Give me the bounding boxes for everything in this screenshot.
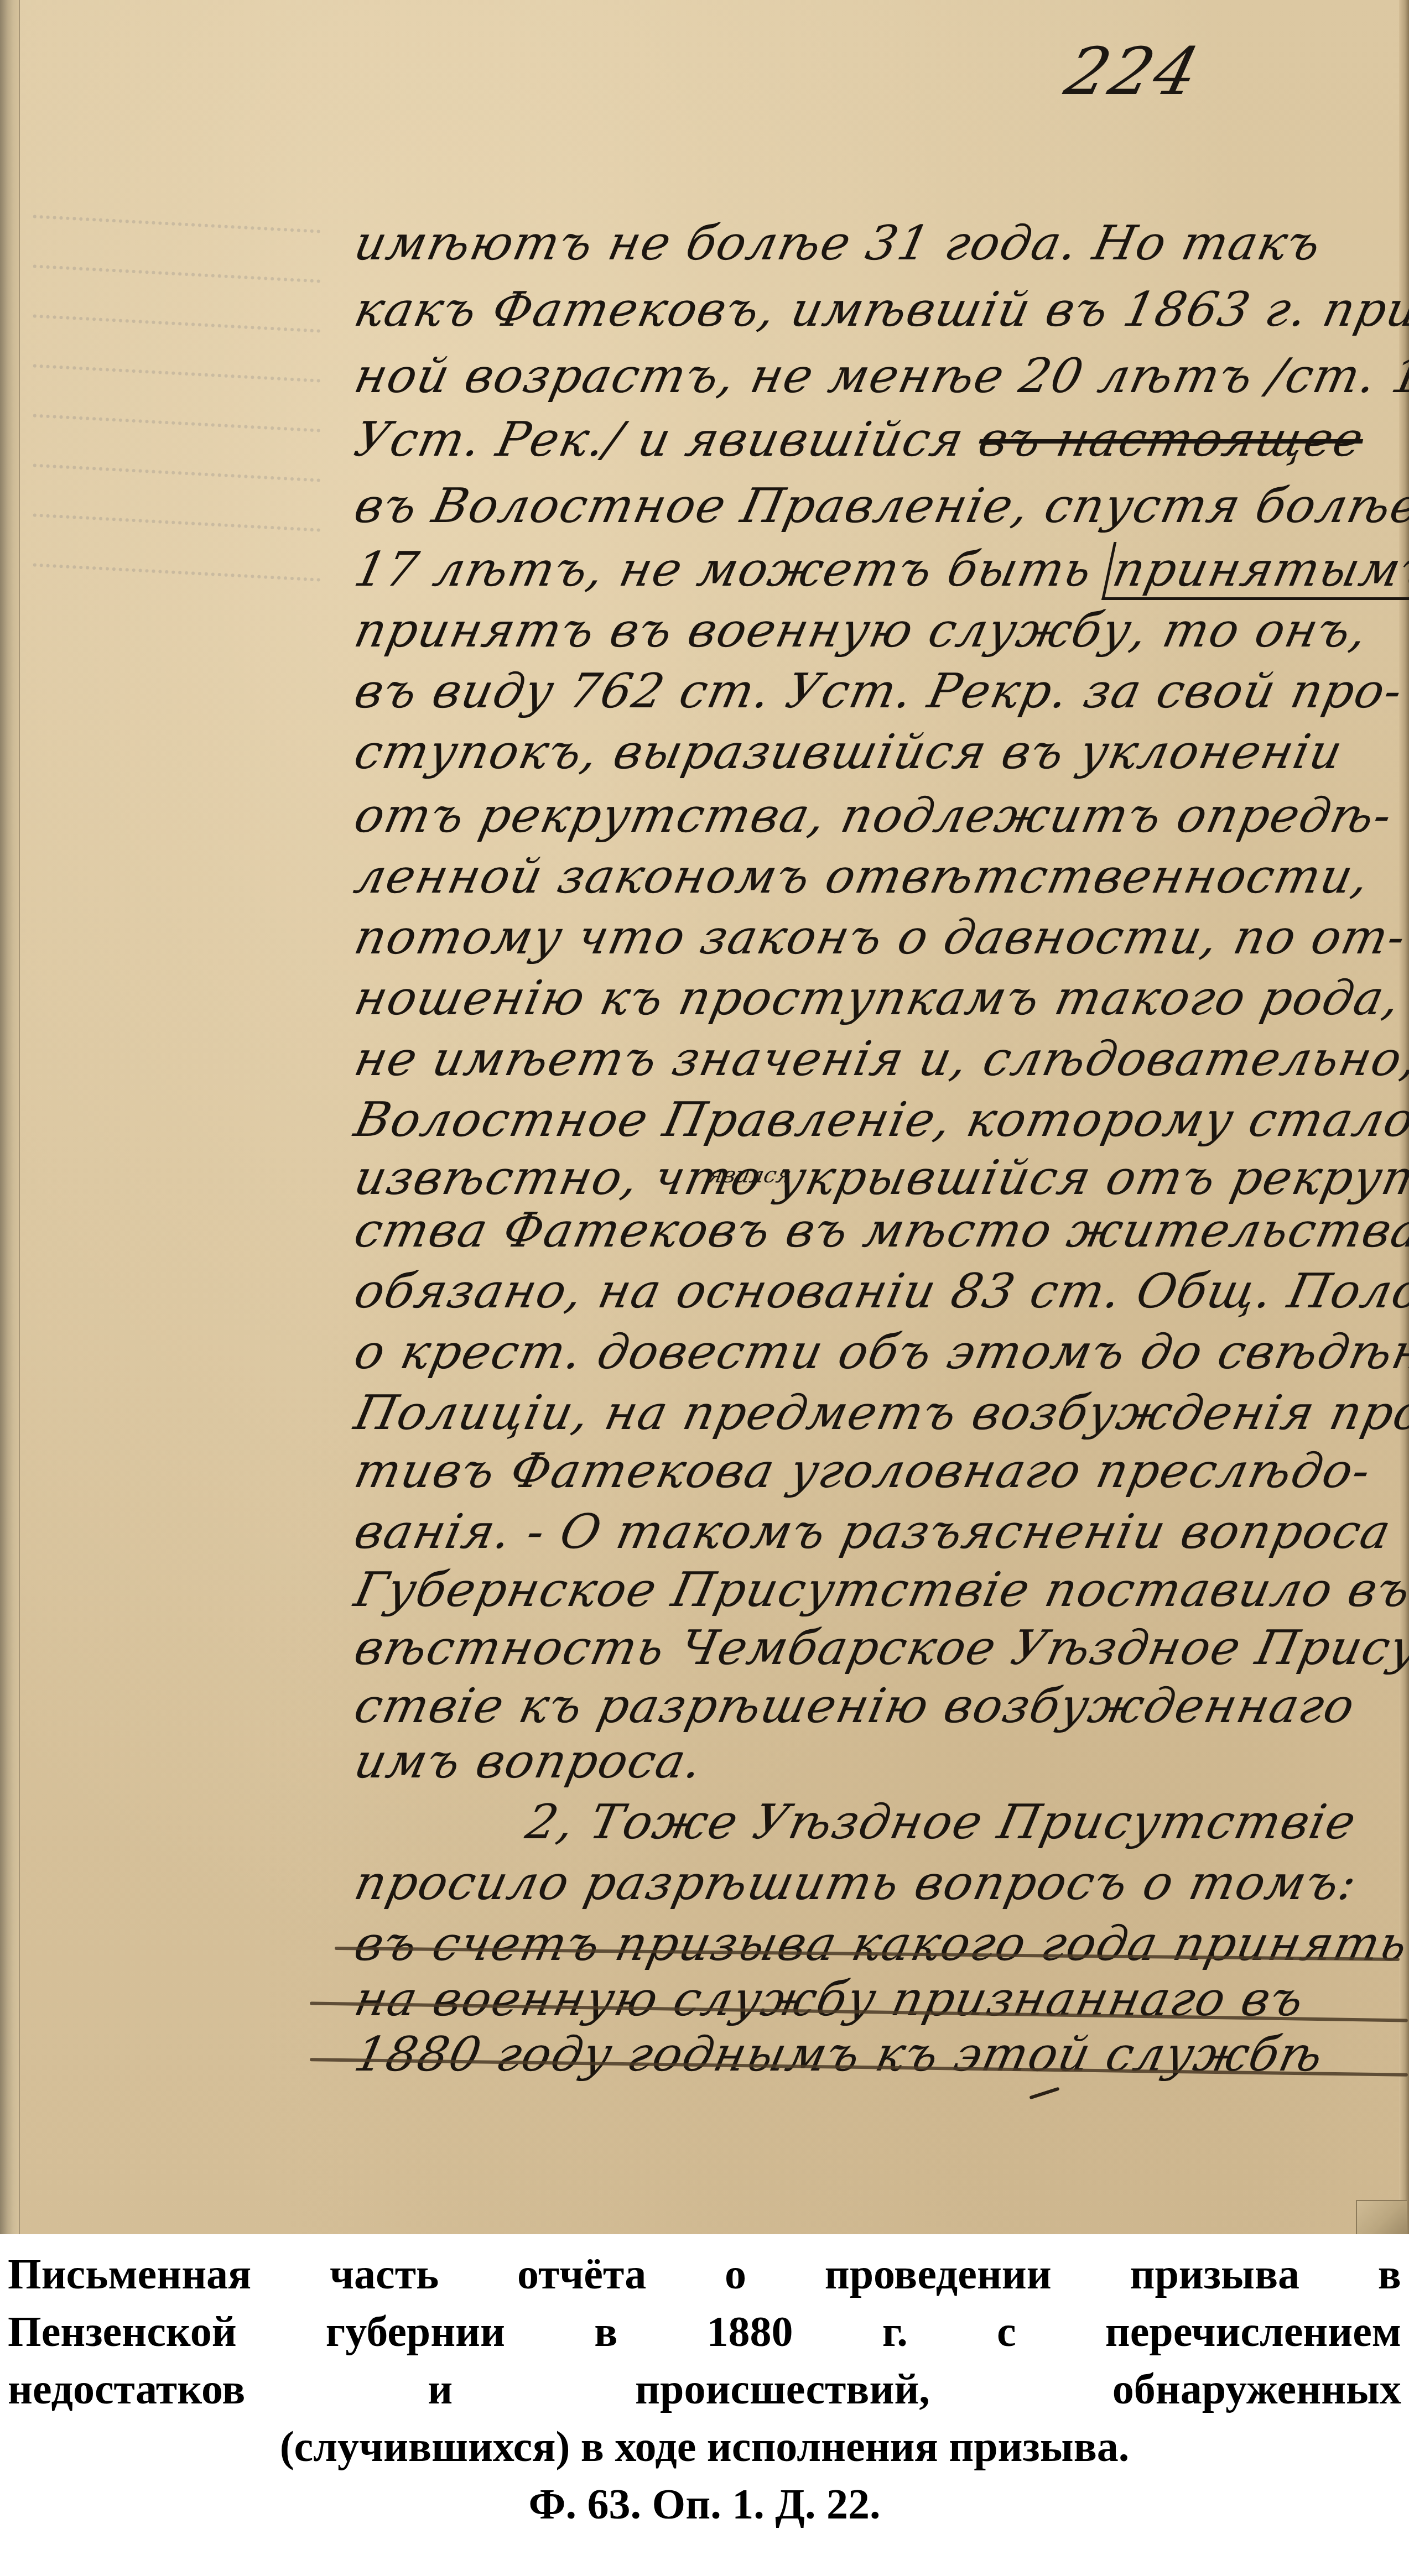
bleed-through-line — [33, 551, 321, 581]
archive-reference: Ф. 63. Оп. 1. Д. 22. — [8, 2475, 1401, 2533]
bleed-through-line — [33, 302, 321, 332]
handwritten-paragraph-start: 2, Тоже Уѣздное Присутствiе — [520, 1789, 1408, 1855]
handwritten-line: Губернское Присутствiе поставило въ из- — [349, 1557, 1408, 1623]
handwritten-text: 17 лѣтъ, не можетъ быть — [350, 542, 1098, 597]
caption-line: (случившихся) в ходе исполнения призыва. — [8, 2418, 1401, 2475]
caption-line: Письменная часть отчёта о проведении при… — [8, 2245, 1401, 2303]
manuscript-scan: 224 имѣютъ не болѣе 31 года. Но такъ как… — [0, 0, 1409, 2234]
handwritten-line: имѣютъ не болѣе 31 года. Но такъ — [349, 210, 1408, 277]
handwritten-line: обязано, на основанiи 83 ст. Общ. Полож. — [349, 1258, 1408, 1324]
handwritten-line: Полицiи, на предметъ возбужденiя про- — [349, 1380, 1408, 1446]
bleed-through-line — [33, 401, 321, 432]
handwritten-line: потому что законъ о давности, по от- — [349, 904, 1408, 971]
handwritten-line: ной возрастъ, не менѣе 20 лѣтъ /ст. 194 — [349, 343, 1408, 409]
handwritten-line: просило разрѣшить вопросъ о томъ: — [349, 1850, 1408, 1916]
handwritten-line: о крест. довести объ этомъ до свѣдѣнiя — [349, 1319, 1408, 1385]
handwritten-line: отъ рекрутства, подлежитъ опредѣ- — [349, 783, 1408, 849]
handwritten-line: ношенiю къ проступкамъ такого рода, — [349, 965, 1408, 1031]
folded-corner — [1356, 2200, 1407, 2234]
handwritten-line: ванiя. - О такомъ разъясненiи вопроса — [349, 1499, 1408, 1565]
handwritten-line: ства Фатековъ въ мѣсто жительства про- — [349, 1197, 1408, 1264]
left-binding-edge — [0, 0, 20, 2234]
interlinear-insertion: явился — [705, 1162, 794, 1188]
bleed-through-line — [33, 252, 321, 283]
caption-block: Письменная часть отчёта о проведении при… — [0, 2234, 1409, 2576]
handwritten-line: имъ вопроса. — [349, 1728, 1408, 1795]
handwritten-text: Уст. Рек./ и явившiйся — [350, 412, 969, 467]
struck-out-text: въ настоящее — [974, 412, 1369, 467]
handwritten-line-with-bracket: 17 лѣтъ, не можетъ быть принятымъ — [349, 536, 1408, 603]
caption-line: недостатков и происшествий, обнаруженных — [8, 2360, 1401, 2418]
handwritten-line: не имѣетъ значенiя и, слѣдовательно, — [349, 1026, 1408, 1092]
bleed-through-line — [33, 451, 321, 482]
bleed-through-line — [33, 202, 321, 233]
handwritten-line: въ Волостное Правленiе, спустя болѣе — [349, 473, 1408, 539]
handwritten-line: вѣстность Чембарское Уѣздное Присут- — [349, 1615, 1408, 1681]
folio-number: 224 — [1058, 33, 1209, 109]
caption-line: Пензенской губернии в 1880 г. с перечисл… — [8, 2303, 1401, 2360]
handwritten-line: тивъ Фатекова уголовнаго преслѣдо- — [349, 1438, 1408, 1504]
bleed-through-line — [33, 352, 321, 382]
handwritten-line: ступокъ, выразившiйся въ уклоненiи — [349, 719, 1408, 785]
handwritten-line: въ виду 762 ст. Уст. Рекр. за свой про- — [349, 658, 1408, 724]
handwritten-line: какъ Фатековъ, имѣвшiй въ 1863 г. призыв… — [349, 277, 1408, 343]
handwritten-line: ленной закономъ отвѣтственности, — [349, 843, 1408, 910]
handwritten-line: Волостное Правленiе, которому стало — [349, 1087, 1408, 1153]
handwritten-line-underlined: 1880 году годнымъ къ этой службѣ — [349, 2021, 1408, 2088]
handwritten-line-with-strike: Уст. Рек./ и явившiйся въ настоящее — [349, 406, 1408, 473]
bracketed-text: принятымъ — [1101, 542, 1409, 600]
handwritten-line: принятъ въ военную службу, то онъ, — [349, 597, 1408, 664]
end-flourish — [1029, 2087, 1059, 2099]
bleed-through-line — [33, 501, 321, 531]
